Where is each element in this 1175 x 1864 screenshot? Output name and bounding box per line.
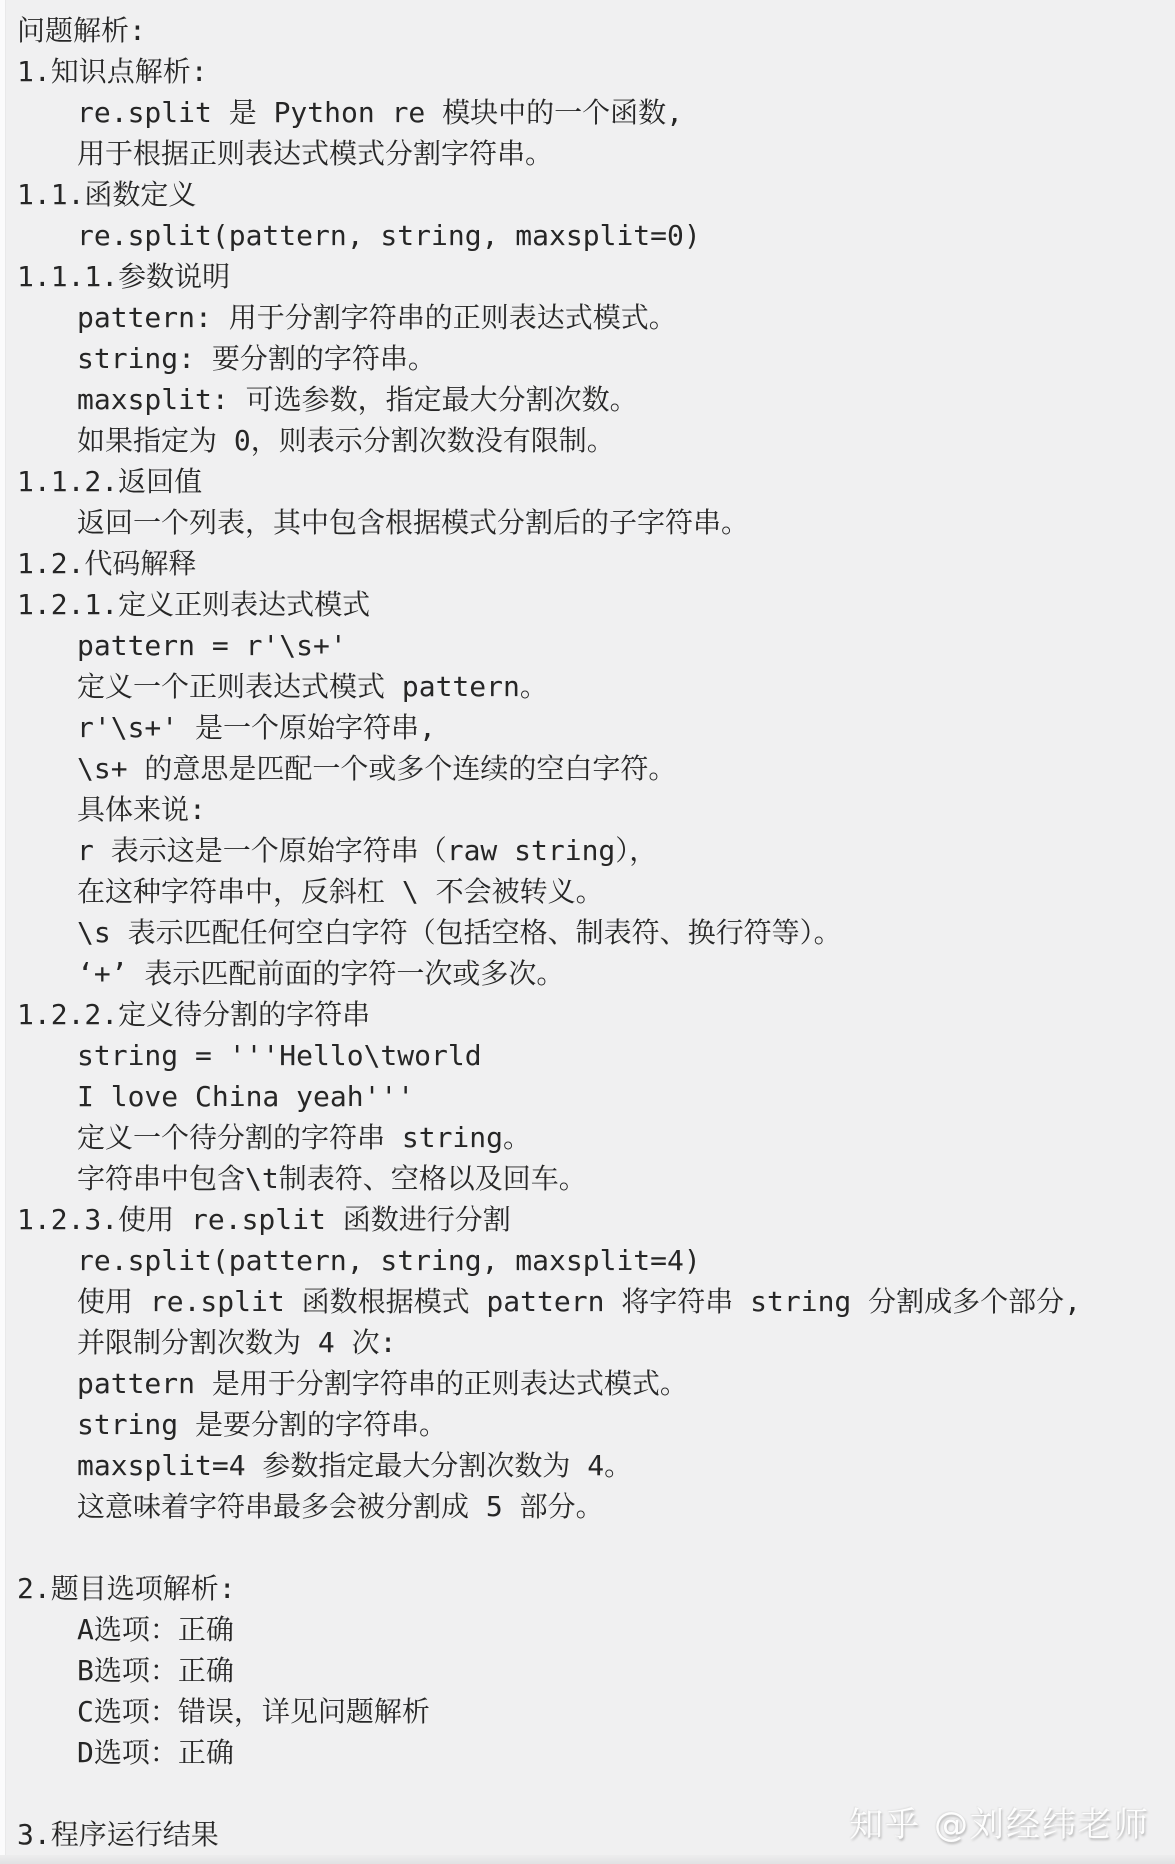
text-line: B选项：正确 bbox=[17, 1650, 1175, 1691]
text-line: pattern = r'\s+' bbox=[17, 625, 1175, 666]
text-line: 定义一个待分割的字符串 string。 bbox=[17, 1117, 1175, 1158]
text-line: 1.2.2.定义待分割的字符串 bbox=[17, 994, 1175, 1035]
text-line: 字符串中包含\t制表符、空格以及回车。 bbox=[17, 1158, 1175, 1199]
text-line: A选项：正确 bbox=[17, 1609, 1175, 1650]
text-line: ‘+’ 表示匹配前面的字符一次或多次。 bbox=[17, 953, 1175, 994]
zhihu-watermark: 知乎 @刘经纬老师 bbox=[849, 1797, 1150, 1846]
text-line: r'\s+' 是一个原始字符串, bbox=[17, 707, 1175, 748]
text-line: 定义一个正则表达式模式 pattern。 bbox=[17, 666, 1175, 707]
text-line: 如果指定为 0，则表示分割次数没有限制。 bbox=[17, 420, 1175, 461]
text-line: 使用 re.split 函数根据模式 pattern 将字符串 string 分… bbox=[17, 1281, 1175, 1322]
text-line: 2.题目选项解析: bbox=[17, 1568, 1175, 1609]
text-line: 1.2.代码解释 bbox=[17, 543, 1175, 584]
text-line: 这意味着字符串最多会被分割成 5 部分。 bbox=[17, 1486, 1175, 1527]
text-line: I love China yeah''' bbox=[17, 1076, 1175, 1117]
text-line: 具体来说: bbox=[17, 789, 1175, 830]
text-line: 1.2.3.使用 re.split 函数进行分割 bbox=[17, 1199, 1175, 1240]
text-line: maxsplit=4 参数指定最大分割次数为 4。 bbox=[17, 1445, 1175, 1486]
text-line: \s 表示匹配任何空白字符（包括空格、制表符、换行符等）。 bbox=[17, 912, 1175, 953]
text-line: re.split(pattern, string, maxsplit=0) bbox=[17, 215, 1175, 256]
text-line: maxsplit: 可选参数，指定最大分割次数。 bbox=[17, 379, 1175, 420]
text-line: 用于根据正则表达式模式分割字符串。 bbox=[17, 133, 1175, 174]
text-line: 1.1.1.参数说明 bbox=[17, 256, 1175, 297]
window-left-edge bbox=[0, 0, 6, 1864]
text-line: 并限制分割次数为 4 次: bbox=[17, 1322, 1175, 1363]
text-line: 1.1.函数定义 bbox=[17, 174, 1175, 215]
text-line bbox=[17, 1527, 1175, 1568]
text-line: 在这种字符串中，反斜杠 \ 不会被转义。 bbox=[17, 871, 1175, 912]
text-line: C选项：错误，详见问题解析 bbox=[17, 1691, 1175, 1732]
text-line: pattern: 用于分割字符串的正则表达式模式。 bbox=[17, 297, 1175, 338]
text-line: string: 要分割的字符串。 bbox=[17, 338, 1175, 379]
text-line: 返回一个列表，其中包含根据模式分割后的子字符串。 bbox=[17, 502, 1175, 543]
text-line: D选项：正确 bbox=[17, 1732, 1175, 1773]
text-line: re.split(pattern, string, maxsplit=4) bbox=[17, 1240, 1175, 1281]
text-line: 问题解析: bbox=[17, 10, 1175, 51]
text-line: 1.2.1.定义正则表达式模式 bbox=[17, 584, 1175, 625]
window-bottom-edge bbox=[0, 1855, 1175, 1864]
text-line: \s+ 的意思是匹配一个或多个连续的空白字符。 bbox=[17, 748, 1175, 789]
text-line: 1.1.2.返回值 bbox=[17, 461, 1175, 502]
text-line: r 表示这是一个原始字符串（raw string）， bbox=[17, 830, 1175, 871]
text-line: string = '''Hello\tworld bbox=[17, 1035, 1175, 1076]
text-line: pattern 是用于分割字符串的正则表达式模式。 bbox=[17, 1363, 1175, 1404]
text-line: re.split 是 Python re 模块中的一个函数, bbox=[17, 92, 1175, 133]
text-line: 1.知识点解析: bbox=[17, 51, 1175, 92]
text-line: string 是要分割的字符串。 bbox=[17, 1404, 1175, 1445]
document-body: 问题解析:1.知识点解析:re.split 是 Python re 模块中的一个… bbox=[17, 10, 1175, 1855]
